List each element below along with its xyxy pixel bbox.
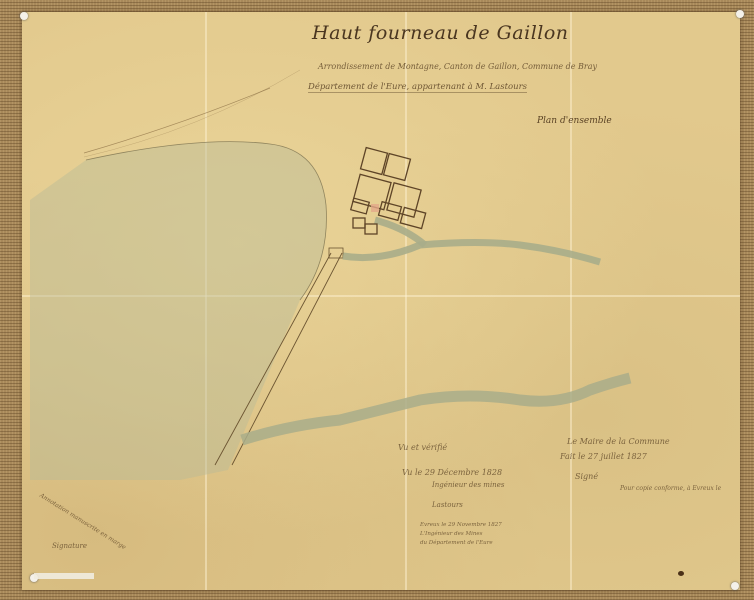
verification-signature: Lastours (432, 501, 463, 509)
channel-branch (375, 220, 425, 245)
stamp-line-3: du Département de l'Eure (420, 540, 493, 546)
signed-label: Signé (575, 472, 598, 481)
pin (731, 582, 739, 590)
copy-note: Pour copie conforme, à Evreux le (620, 485, 721, 492)
verification-body: Ingénieur des mines (432, 481, 504, 489)
subtitle-line-2: Département de l'Eure, appartenant à M. … (308, 82, 527, 93)
sluice-gate (329, 248, 343, 258)
ink-stain (678, 571, 684, 576)
tape (34, 573, 94, 579)
margin-signature: Signature (52, 542, 87, 550)
subtitle-line-1: Arrondissement de Montagne, Canton de Ga… (318, 62, 597, 71)
furnace-marker (371, 204, 379, 212)
pin (736, 10, 744, 18)
stamp-line-1: Evreux le 29 Novembre 1827 (420, 522, 502, 528)
mayor-note: Le Maire de la Commune (567, 437, 670, 446)
verification-date: Vu le 29 Décembre 1828 (402, 468, 502, 477)
upper-channel (343, 243, 600, 263)
stamp-line-2: L'Ingénieur des Mines (420, 531, 483, 537)
mayor-date: Fait le 27 juillet 1827 (560, 452, 647, 461)
lower-stream (242, 378, 630, 440)
pin (20, 12, 28, 20)
verification-heading: Vu et vérifié (398, 443, 447, 452)
map-title: Haut fourneau de Gaillon (312, 22, 569, 44)
plan-label: Plan d'ensemble (537, 116, 612, 126)
